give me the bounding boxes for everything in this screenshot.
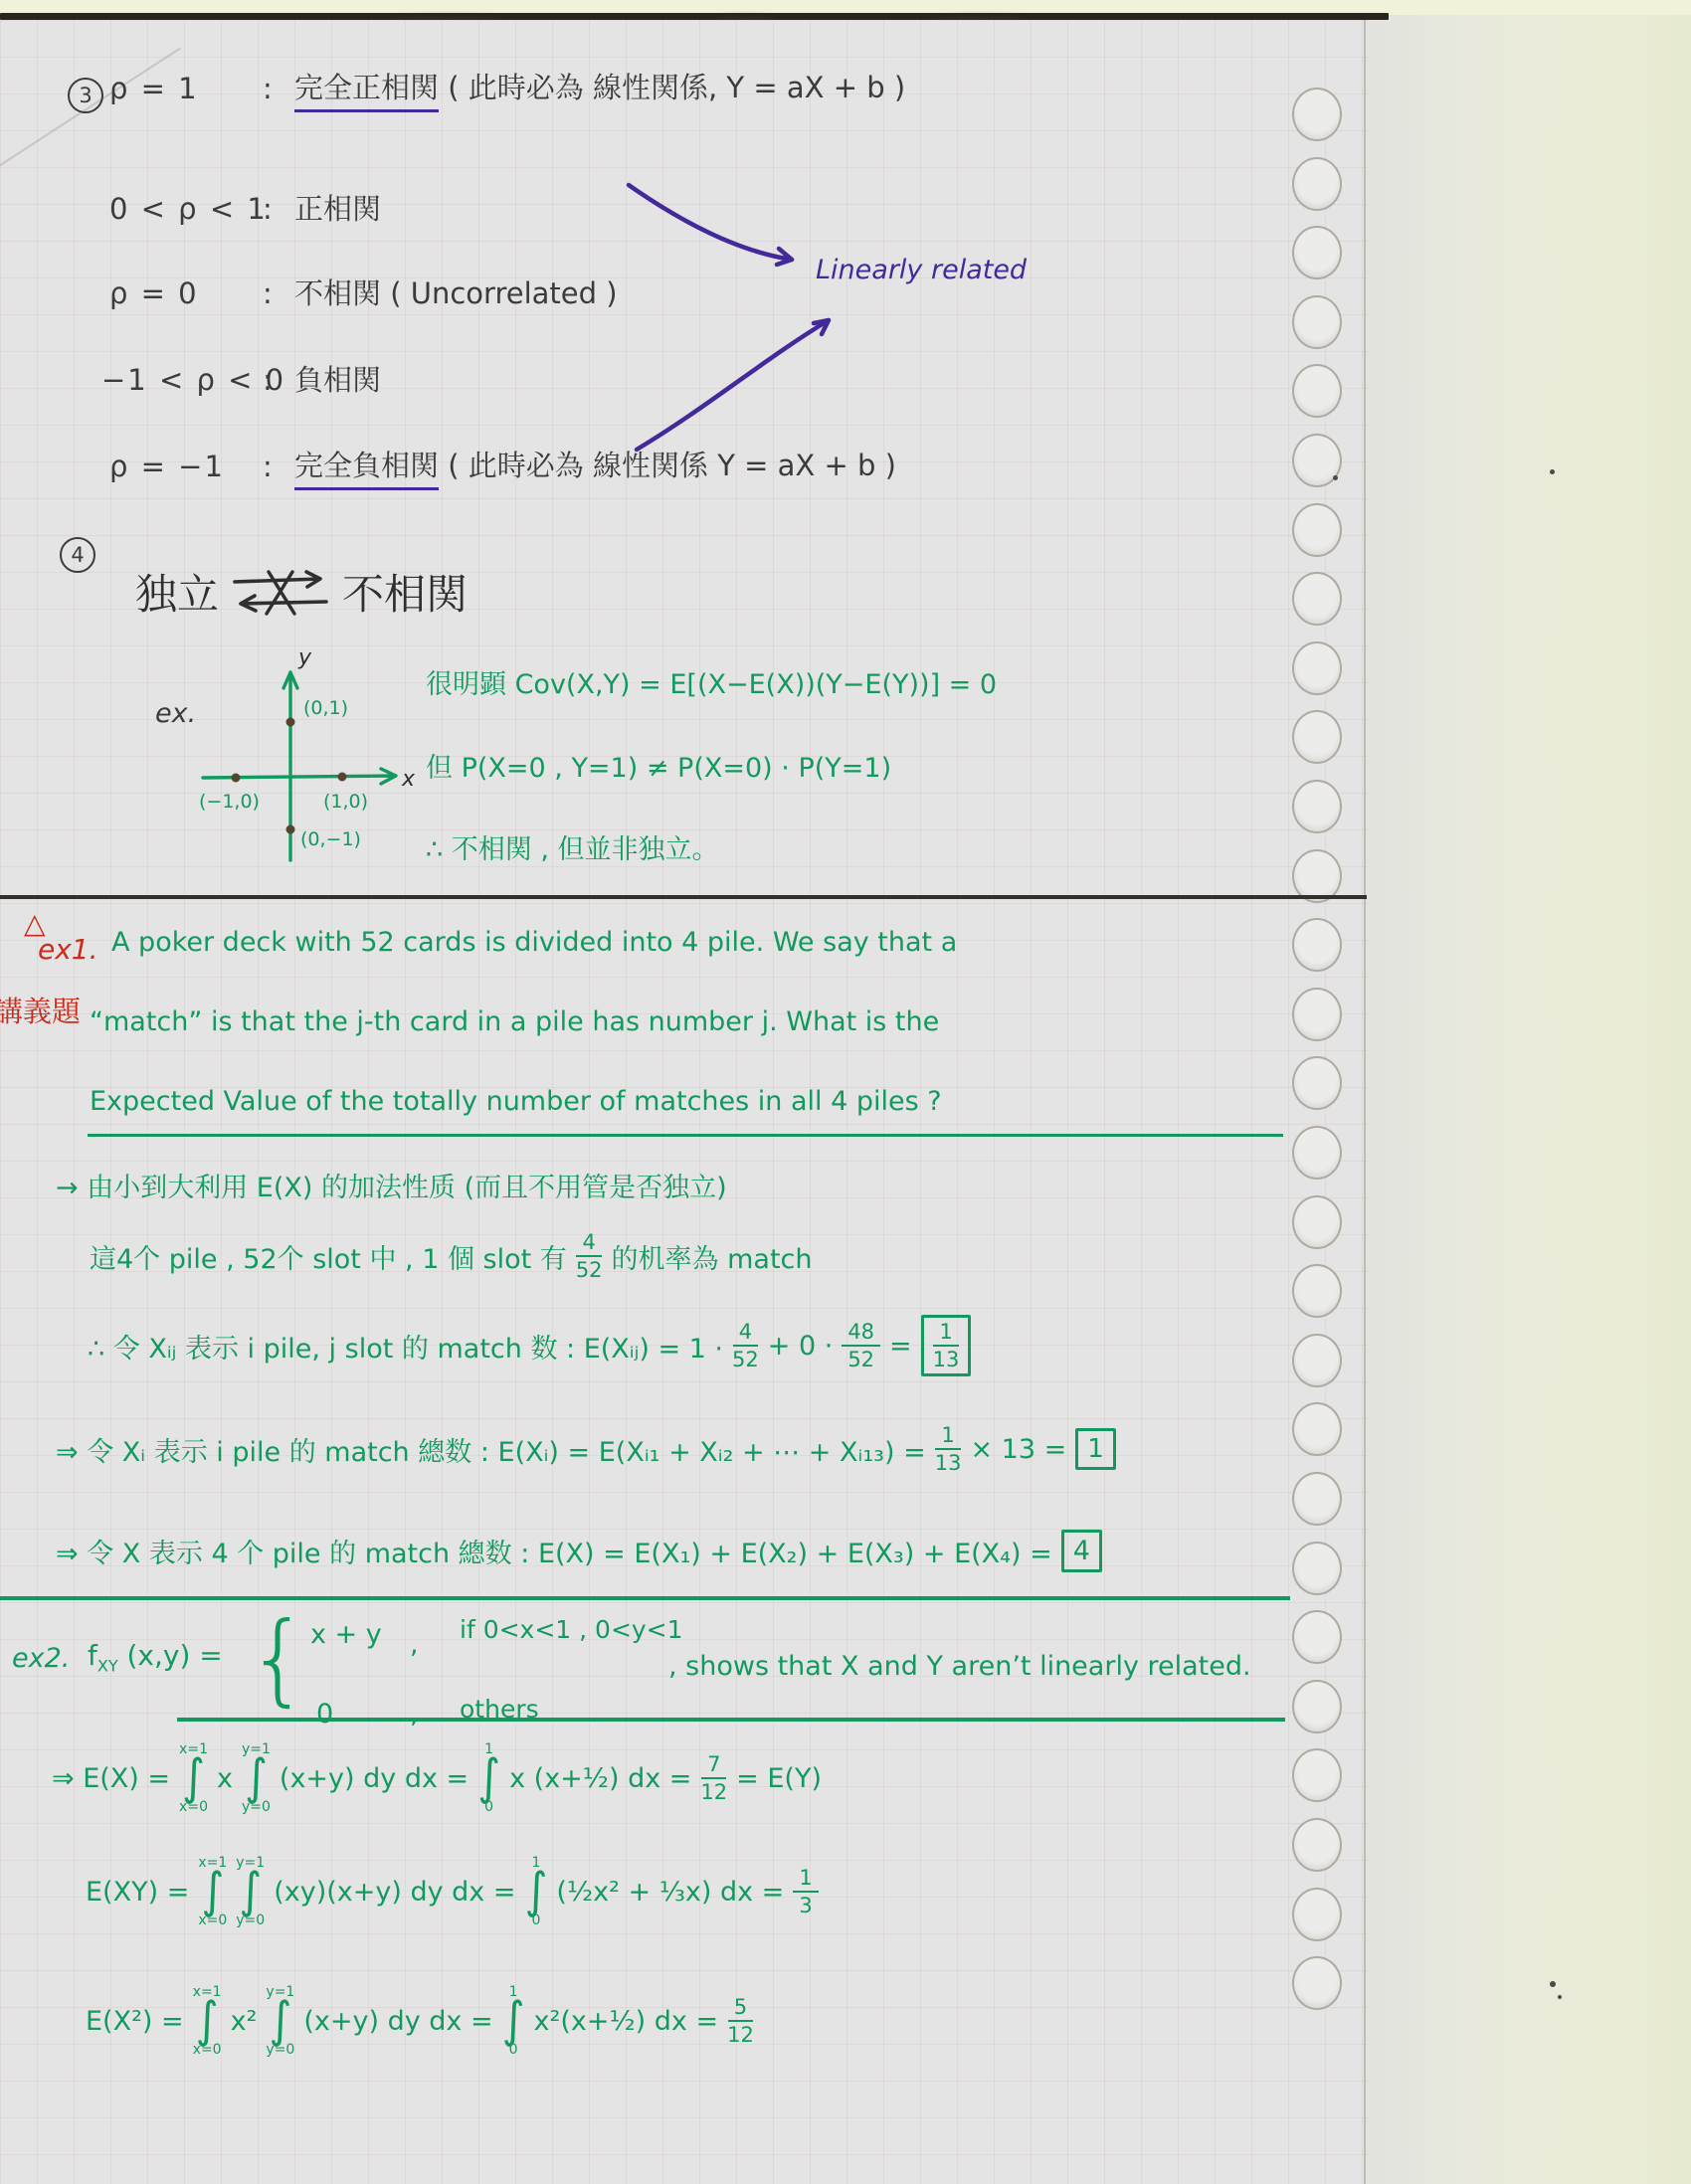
boxed-answer-4: 4 <box>1061 1530 1102 1572</box>
rho-value: −1 < ρ < 0 <box>101 363 285 397</box>
fraction-48-52: 4852 <box>842 1321 880 1370</box>
integral-y: y=1∫y=0 <box>242 1742 271 1814</box>
x-axis-label: x <box>401 767 416 792</box>
f-symbol: f <box>88 1639 97 1672</box>
denominator: 13 <box>935 1450 962 1474</box>
integral-y: y=1∫y=0 <box>266 1985 294 2057</box>
point-label: (−1,0) <box>199 791 260 813</box>
integral-0-1: 1∫0 <box>477 1742 500 1814</box>
step-text: 這4个 pile , 52个 slot 中 , 1 個 slot 有 <box>90 1237 567 1276</box>
problem-line-3: Expected Value of the totally number of … <box>90 1086 942 1117</box>
emphasized-term: 完全正相関 <box>294 71 439 112</box>
step-text: ⇒ E(X) = <box>52 1763 170 1794</box>
f-args: (x,y) = <box>127 1639 223 1672</box>
point-label: (0,1) <box>303 697 348 719</box>
integrand: x² <box>231 2006 258 2037</box>
fraction-1-3: 13 <box>793 1867 818 1916</box>
solution-step-4: ⇒ 令 Xᵢ 表示 i pile 的 match 總数 : E(Xᵢ) = E(… <box>56 1424 1116 1474</box>
case1-value: x + y <box>310 1619 382 1650</box>
boxed-answer-1: 1 <box>1075 1428 1116 1470</box>
case2-value: 0 <box>316 1699 333 1729</box>
case1-comma: , <box>410 1629 419 1660</box>
operator: × 13 = <box>970 1434 1066 1465</box>
paper-top-edge <box>0 13 1389 20</box>
rho-value: ρ = 1 <box>109 72 199 105</box>
integral-icon: ∫ <box>196 1996 219 2045</box>
step-text: ∴ 令 Xᵢⱼ 表示 i pile, j slot 的 match 数 : E(… <box>88 1327 723 1365</box>
colon: : <box>263 450 273 483</box>
piecewise-brace: { <box>247 1609 310 1709</box>
integral-icon: ∫ <box>201 1867 224 1915</box>
numerator: 1 <box>935 1424 960 1450</box>
operator: = <box>889 1331 912 1362</box>
circled-number-3-text: 3 <box>79 84 92 107</box>
numerator: 7 <box>701 1753 726 1779</box>
expectation-x-line: ⇒ E(X) = x=1∫x=0 x y=1∫y=0 (x+y) dy dx =… <box>52 1742 822 1814</box>
note-covariance-zero: 很明顕 Cov(X,Y) = E[(X−E(X))(Y−E(Y))] = 0 <box>426 662 997 701</box>
step-text: ⇒ 令 Xᵢ 表示 i pile 的 match 總数 : E(Xᵢ) = E(… <box>56 1430 926 1469</box>
solution-step-5: ⇒ 令 X 表示 4 个 pile 的 match 總数 : E(X) = E(… <box>56 1530 1102 1572</box>
integral-y: y=1∫y=0 <box>236 1856 265 1927</box>
ink-speck <box>1550 1981 1556 1987</box>
integral-0-1: 1∫0 <box>524 1856 547 1927</box>
fraction-5-12: 512 <box>727 1996 754 2046</box>
numerator: 5 <box>728 1996 753 2022</box>
solution-step-3: ∴ 令 Xᵢⱼ 表示 i pile, j slot 的 match 数 : E(… <box>88 1315 971 1376</box>
step-text: 的机率為 match <box>612 1237 813 1276</box>
colon: : <box>263 192 273 226</box>
integral-icon: ∫ <box>245 1753 268 1802</box>
integral-icon: ∫ <box>239 1867 262 1915</box>
expectation-xy-line: E(XY) = x=1∫x=0 y=1∫y=0 (xy)(x+y) dy dx … <box>86 1856 819 1927</box>
problem-line-2: “match” is that the j-th card in a pile … <box>90 1006 939 1037</box>
ink-speck <box>1333 475 1338 480</box>
integral-0-1: 1∫0 <box>502 1985 525 2057</box>
note-probability-inequality: 但 P(X=0 , Y=1) ≠ P(X=0) · P(Y=1) <box>426 746 891 785</box>
denominator: 12 <box>700 1779 727 1803</box>
colon: : <box>263 72 273 105</box>
function-underline <box>177 1718 1285 1722</box>
y-axis-label: y <box>297 646 312 670</box>
integrand: (x+y) dy dx = <box>280 1763 469 1794</box>
title-independence: 独立 <box>135 562 219 622</box>
integral-icon: ∫ <box>477 1753 500 1802</box>
ex2-divider-line <box>0 1596 1290 1600</box>
integral-icon: ∫ <box>524 1867 547 1915</box>
ex2-note: , shows that X and Y aren’t linearly rel… <box>668 1651 1251 1682</box>
function-name: fXY (x,y) = <box>88 1639 223 1676</box>
numerator: 48 <box>842 1321 880 1347</box>
paper-right-edge <box>1364 20 1366 2184</box>
notebook-paper: 3 ρ = 1 : 完全正相関 ( 此時必為 線性関係, Y = aX + b … <box>0 20 1367 2184</box>
ex2-label: ex2. <box>12 1643 70 1674</box>
integrand: x²(x+½) dx = <box>534 2006 719 2037</box>
point-0-1 <box>286 718 295 727</box>
circled-number-4: 4 <box>60 537 95 573</box>
solution-step-1: → 由小到大利用 E(X) 的加法性质 (而且不用管是否独立) <box>56 1166 727 1204</box>
rho-value: ρ = 0 <box>109 276 199 310</box>
point-neg1-0 <box>232 774 241 783</box>
problem-line-1: A poker deck with 52 cards is divided in… <box>111 927 957 958</box>
numerator: 4 <box>576 1231 601 1257</box>
scanned-notebook-page: 3 ρ = 1 : 完全正相関 ( 此時必為 線性関係, Y = aX + b … <box>0 0 1691 2184</box>
row-text: 不相関 ( Uncorrelated ) <box>294 272 618 312</box>
row-text: ( 此時必為 線性関係, Y = aX + b ) <box>448 71 905 104</box>
crossed-double-arrow-icon <box>229 566 332 618</box>
numerator: 1 <box>933 1321 958 1347</box>
axes-diagram: y x (0,1) (1,0) (−1,0) (0,−1) <box>191 646 435 890</box>
circled-number-3: 3 <box>68 78 103 113</box>
denominator: 52 <box>732 1347 759 1370</box>
boxed-answer-1-13: 113 <box>921 1315 972 1376</box>
fraction-4-52: 452 <box>732 1321 759 1370</box>
colon: : <box>263 276 273 310</box>
section-divider-line <box>0 895 1367 899</box>
point-0-neg1 <box>286 825 295 834</box>
case2-comma: , <box>410 1699 419 1729</box>
circled-number-4-text: 4 <box>71 543 84 567</box>
solution-step-2: 這4个 pile , 52个 slot 中 , 1 個 slot 有 452 的… <box>90 1231 813 1281</box>
denominator: 52 <box>847 1347 874 1370</box>
integrand: (x+y) dy dx = <box>303 2006 492 2037</box>
problem-underline <box>88 1134 1283 1137</box>
integral-x: x=1∫x=0 <box>198 1856 227 1927</box>
purple-arrows <box>597 159 865 467</box>
ex1-label: ex1. <box>38 933 98 966</box>
integral-icon: ∫ <box>182 1753 205 1802</box>
integrand: x (x+½) dx = <box>509 1763 691 1794</box>
fraction-1-13: 113 <box>935 1424 962 1474</box>
integral-icon: ∫ <box>502 1996 525 2045</box>
title-uncorrelated: 不相関 <box>342 562 468 622</box>
point-label: (1,0) <box>323 791 368 813</box>
ink-speck <box>1558 1995 1562 1999</box>
ink-speck <box>1550 469 1555 474</box>
section4-title: 独立 不相関 <box>135 562 468 622</box>
integrand: x <box>217 1763 233 1794</box>
step-text: E(XY) = <box>86 1877 189 1908</box>
integrand: (½x² + ⅓x) dx = <box>556 1877 784 1908</box>
step-text: E(X²) = <box>86 2006 184 2037</box>
denominator: 13 <box>933 1347 960 1370</box>
f-subscript: XY <box>97 1657 118 1676</box>
step-text: = E(Y) <box>736 1763 822 1794</box>
fraction-4-52: 452 <box>576 1231 603 1281</box>
integral-x: x=1∫x=0 <box>179 1742 208 1814</box>
point-1-0 <box>338 773 347 782</box>
numerator: 1 <box>793 1867 818 1893</box>
row-text: 正相関 <box>294 187 381 228</box>
integral-icon: ∫ <box>269 1996 291 2045</box>
row-text: 負相関 <box>294 358 381 399</box>
example-label: ex. <box>155 698 196 729</box>
operator: + 0 · <box>768 1331 834 1362</box>
colon: : <box>263 363 273 397</box>
denominator: 52 <box>576 1257 603 1281</box>
note-conclusion: ∴ 不相関 , 但並非独立。 <box>426 827 719 866</box>
lecture-problem-margin-label: 講義題 <box>0 990 81 1030</box>
point-label: (0,−1) <box>300 828 361 850</box>
numerator: 4 <box>733 1321 758 1347</box>
rho-value: 0 < ρ < 1 <box>109 192 268 226</box>
denominator: 3 <box>799 1893 812 1916</box>
integrand: (xy)(x+y) dy dx = <box>274 1877 515 1908</box>
integral-x: x=1∫x=0 <box>193 1985 222 2057</box>
expectation-x2-line: E(X²) = x=1∫x=0 x² y=1∫y=0 (x+y) dy dx =… <box>86 1985 754 2057</box>
case1-condition: if 0<x<1 , 0<y<1 <box>460 1615 683 1644</box>
emphasized-term: 完全負相関 <box>294 449 439 490</box>
denominator: 12 <box>727 2022 754 2046</box>
rho-value: ρ = −1 <box>109 450 225 483</box>
fraction-7-12: 712 <box>700 1753 727 1803</box>
step-text: ⇒ 令 X 表示 4 个 pile 的 match 總数 : E(X) = E(… <box>56 1532 1052 1570</box>
